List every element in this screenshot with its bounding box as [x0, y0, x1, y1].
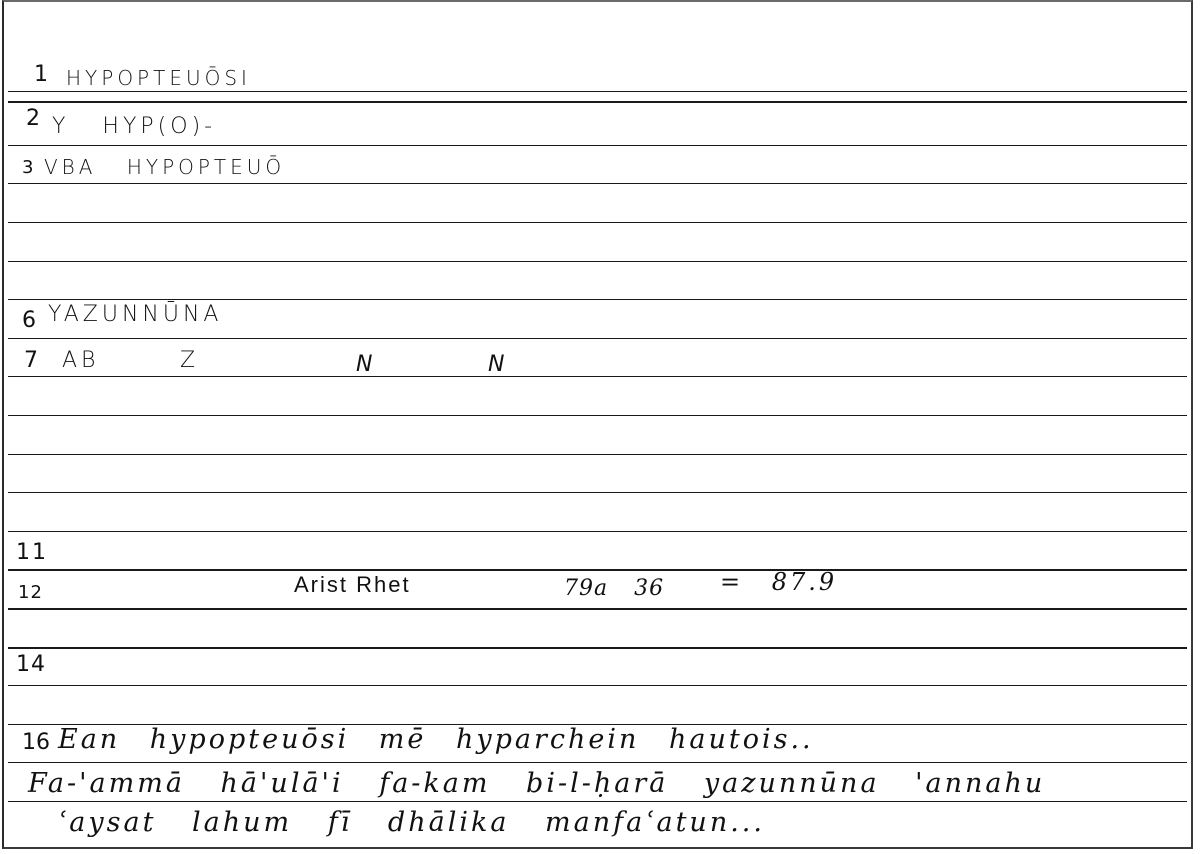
rule-line [8, 685, 1187, 686]
rule-line [8, 183, 1187, 184]
arabic-page-reference: = 87.9 [720, 568, 837, 596]
source-citation: Arist Rhet [294, 572, 411, 598]
line-number: 16 [22, 730, 50, 755]
line-number: 1 [34, 62, 52, 87]
line-number: 6 [22, 308, 40, 333]
index-card: 1 HYPOPTEUŌSI 2 Y HYP(O)- 3 VBA HYPOPTEU… [2, 0, 1193, 849]
rule-line [8, 261, 1187, 262]
rule-line [8, 647, 1187, 649]
arabic-quotation-line-2: ʿaysat lahum fī dhālika manfaʿatun... [58, 807, 765, 838]
rule-line [8, 101, 1187, 103]
root-entry: Y HYP(O)- [52, 114, 216, 139]
bekker-reference: 79a 36 [564, 576, 664, 601]
rule-line [8, 608, 1187, 610]
rule-line [8, 569, 1187, 571]
rule-line [8, 415, 1187, 416]
rule-line [8, 222, 1187, 223]
line-number: 14 [16, 652, 46, 677]
verb-entry: VBA HYPOPTEUŌ [44, 155, 285, 179]
line-number: 11 [16, 540, 48, 565]
line-number: 3 [22, 157, 37, 178]
rule-line [8, 762, 1187, 763]
rule-line [8, 492, 1187, 493]
rule-line [8, 91, 1187, 92]
translator-code: AB [62, 348, 99, 373]
arabic-headword: YAZUNNŪNA [48, 302, 222, 327]
greek-quotation: Ean hypopteuōsi mē hyparchein hautois.. [58, 724, 814, 755]
arabic-quotation-line-1: Fa-'ammā hā'ulā'i fa-kam bi-l-ḥarā yazun… [28, 768, 1045, 799]
rule-line [8, 454, 1187, 455]
line-number: 2 [26, 106, 44, 131]
rule-line [8, 801, 1187, 802]
marker: N [488, 352, 508, 377]
headword: HYPOPTEUŌSI [66, 66, 251, 90]
rule-line [8, 145, 1187, 146]
rule-line [8, 299, 1187, 300]
line-number: 12 [18, 582, 43, 603]
rule-line [8, 531, 1187, 532]
rule-line [8, 338, 1187, 339]
marker: N [356, 352, 376, 377]
line-number: 7 [24, 348, 42, 373]
marker: Z [180, 348, 199, 373]
rule-line [8, 376, 1187, 377]
